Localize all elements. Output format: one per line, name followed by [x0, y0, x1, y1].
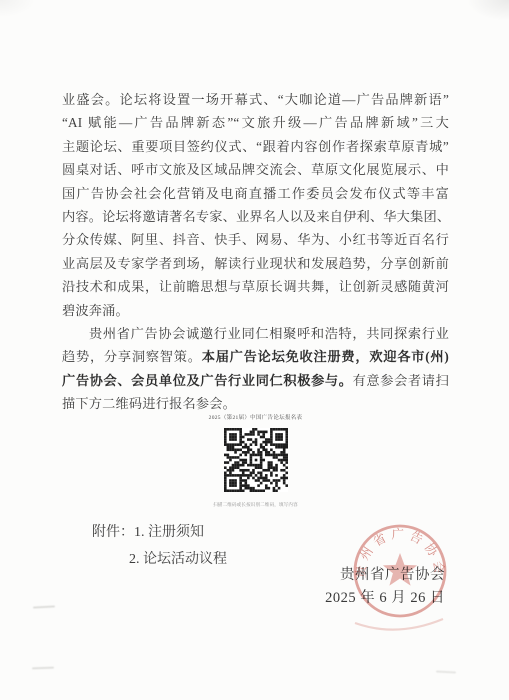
letter-body: 业盛会。论坛将设置一场开幕式、“大咖论道—广告品牌新语” “AI 赋能—广告品牌… [62, 88, 449, 415]
attachments-label: 附件： [92, 525, 134, 540]
scan-smudge [436, 670, 456, 673]
text-line: 主题论坛、重要项目签约仪式、“跟着内容创作者探索草原青城” [62, 135, 449, 158]
qr-code [224, 428, 288, 492]
attachment-item: 2. 论坛活动议程 [92, 547, 227, 574]
text-line: 圆桌对话、呼市文旅及区域品牌交流会、草原文化展览展示、中 [62, 158, 449, 181]
bold-text-run: 广告协会、会员单位及广告行业同仁积极参与。 [62, 373, 353, 388]
registration-qr-section: 2025（第21届）中国广告论坛报名表 扫描二维码或长按识别二维码，填写内容 [62, 414, 449, 508]
seal-ghost-arc [355, 619, 443, 630]
signature-date: 2025 年 6 月 26 日 [325, 587, 445, 610]
text-line: 碧波奔涌。 [62, 299, 449, 322]
signature-block: 贵州省广告协会 2025 年 6 月 26 日 [325, 564, 445, 611]
text-line: 贵州省广告协会诚邀行业同仁相聚呼和浩特，共同探索行业 [62, 322, 449, 345]
attachment-item: 1. 注册须知 [134, 525, 204, 540]
text-line: 描下方二维码进行报名参会。 [62, 392, 449, 415]
text-line: 内容。论坛将邀请著名专家、业界名人以及来自伊利、华大集团、 [62, 205, 449, 228]
text-line: 国广告协会社会化营销及电商直播工作委员会发布仪式等丰富 [62, 182, 449, 205]
text-line: 趋势，分享洞察智策。本届广告论坛免收注册费，欢迎各市(州) [62, 345, 449, 368]
document-page: 业盛会。论坛将设置一场开幕式、“大咖论道—广告品牌新语” “AI 赋能—广告品牌… [0, 0, 509, 700]
text-run: 有意参会者请扫 [353, 373, 449, 388]
attachment-line: 附件：1. 注册须知 [92, 520, 227, 547]
text-line: “AI 赋能—广告品牌新态”“文旅升级—广告品牌新域”三大 [62, 111, 449, 134]
bold-text-run: 本届广告论坛免收注册费，欢迎各市(州) [202, 349, 449, 364]
attachments-block: 附件：1. 注册须知 2. 论坛活动议程 [92, 520, 227, 573]
signature-org: 贵州省广告协会 [325, 564, 445, 587]
text-line: 分众传媒、阿里、抖音、快手、网易、华为、小红书等近百名行 [62, 228, 449, 251]
text-line: 沿技术和成果，让前瞻思想与草原长调共舞，让创新灵感随黄河 [62, 275, 449, 298]
qr-title: 2025（第21届）中国广告论坛报名表 [62, 414, 449, 422]
text-line: 业盛会。论坛将设置一场开幕式、“大咖论道—广告品牌新语” [62, 88, 449, 111]
text-line: 广告协会、会员单位及广告行业同仁积极参与。有意参会者请扫 [62, 369, 449, 392]
scan-smudge [33, 605, 55, 608]
text-line: 业高层及专家学者到场，解读行业现状和发展趋势，分享创新前 [62, 252, 449, 275]
text-run: 趋势，分享洞察智策。 [62, 349, 202, 364]
qr-caption: 扫描二维码或长按识别二维码，填写内容 [62, 502, 449, 508]
scan-smudge [32, 667, 54, 670]
